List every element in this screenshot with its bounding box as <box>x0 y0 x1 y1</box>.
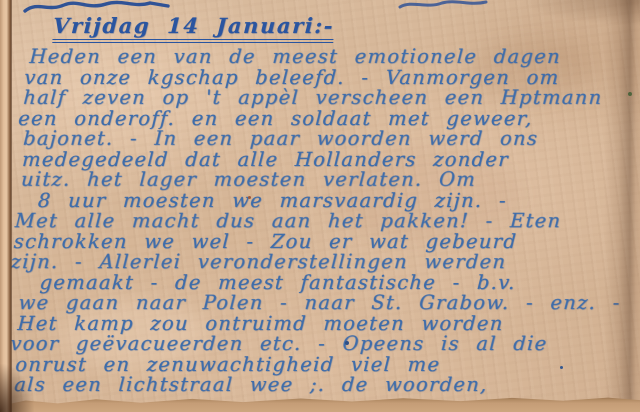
paper-grain-texture <box>0 0 640 412</box>
ink-speck <box>345 341 349 345</box>
handwritten-line: Met alle macht dus aan het pakken! - Ete… <box>14 211 629 232</box>
handwritten-line: voor geëvacueerden etc. - Opeens is al d… <box>10 334 623 355</box>
torn-bottom-edge <box>0 396 640 412</box>
cutoff-ink-stroke <box>398 0 488 10</box>
date-header: Vrijdag 14 Januari:- <box>52 14 334 43</box>
handwritten-line: gemaakt - de meest fantastische - b.v. <box>39 273 626 294</box>
diary-page-scan: Vrijdag 14 Januari:- Heden een van de me… <box>0 0 640 412</box>
handwritten-line: zijn. - Allerlei veronderstellingen werd… <box>10 252 627 273</box>
top-right-shadow <box>520 0 640 26</box>
diary-body: Heden een van de meest emotionele dagen … <box>0 47 638 396</box>
handwritten-line: Heden een van de meest emotionele dagen <box>29 47 638 68</box>
page-left-edge <box>0 0 12 412</box>
handwritten-line: uitz. het lager moesten verlaten. Om <box>21 170 632 191</box>
ink-speck <box>560 366 563 369</box>
paper-stain <box>470 40 590 100</box>
handwritten-line: we gaan naar Polen - naar St. Grabow. - … <box>18 293 625 314</box>
handwritten-line: schrokken we wel - Zou er wat gebeurd <box>13 232 628 253</box>
cutoff-ink-stroke <box>22 0 172 14</box>
handwritten-line: bajonet. - In een paar woorden werd ons <box>23 129 634 150</box>
paper-stain <box>60 300 210 370</box>
handwritten-line: van onze kgschap beleefd. - Vanmorgen om <box>24 68 637 89</box>
handwritten-line: half zeven op 't appèl verscheen een Hpt… <box>23 88 636 109</box>
handwritten-line: medegedeeld dat alle Hollanders zonder <box>22 150 633 171</box>
handwritten-line: als een lichtstraal wee ;. de woorden, <box>14 375 621 396</box>
handwritten-line: Het kamp zou ontruimd moeten worden <box>17 314 624 335</box>
handwritten-line: 8 uur moesten we marsvaardig zijn. - <box>37 191 630 212</box>
paper-stain <box>330 150 520 240</box>
corner-shadow <box>0 364 34 412</box>
handwritten-line: onrust en zenuwachtigheid viel me <box>15 355 622 376</box>
handwritten-text-block: Vrijdag 14 Januari:- Heden een van de me… <box>0 10 640 412</box>
binding-shadow <box>604 0 640 412</box>
paper-speck <box>248 196 251 199</box>
handwritten-line: een onderoff. en een soldaat met geweer, <box>18 109 635 130</box>
